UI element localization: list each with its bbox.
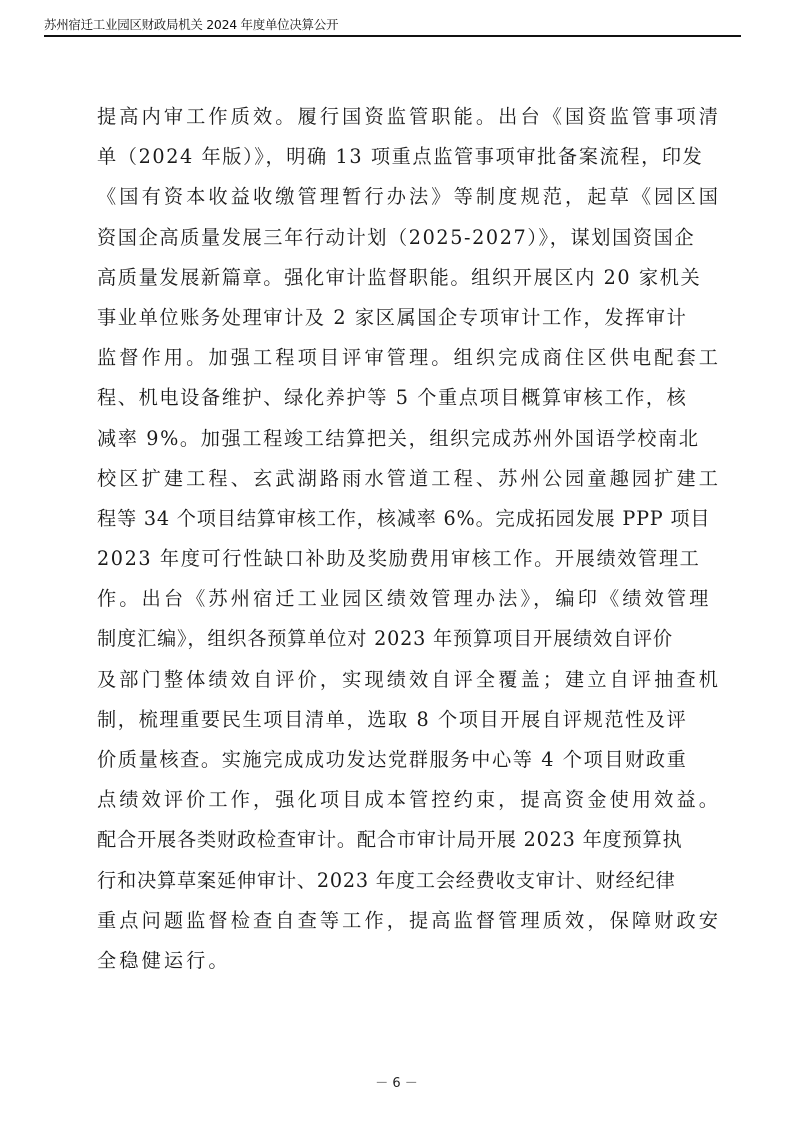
text-line: 《国有资本收益收缴管理暂行办法》等制度规范，起草《园区国 bbox=[97, 177, 717, 217]
text-line: 制度汇编》，组织各预算单位对 2023 年预算项目开展绩效自评价 bbox=[97, 619, 717, 659]
page-number: － 6 － bbox=[0, 1072, 793, 1091]
text-line: 价质量核查。实施完成成功发达党群服务中心等 4 个项目财政重 bbox=[97, 740, 717, 780]
text-line: 减率 9%。加强工程竣工结算把关，组织完成苏州外国语学校南北 bbox=[97, 419, 717, 459]
text-line: 全稳健运行。 bbox=[97, 941, 717, 981]
text-line: 事业单位账务处理审计及 2 家区属国企专项审计工作，发挥审计 bbox=[97, 298, 717, 338]
text-line: 程等 34 个项目结算审核工作，核减率 6%。完成拓园发展 PPP 项目 bbox=[97, 499, 717, 539]
text-line: 配合开展各类财政检查审计。配合市审计局开展 2023 年度预算执 bbox=[97, 820, 717, 860]
text-line: 点绩效评价工作，强化项目成本管控约束，提高资金使用效益。 bbox=[97, 780, 717, 820]
text-line: 2023 年度可行性缺口补助及奖励费用审核工作。开展绩效管理工 bbox=[97, 539, 717, 579]
text-line: 单（2024 年版）》，明确 13 项重点监管事项审批备案流程，印发 bbox=[97, 137, 717, 177]
body-paragraph: 提高内审工作质效。履行国资监管职能。出台《国资监管事项清 单（2024 年版）》… bbox=[97, 97, 717, 981]
text-line: 重点问题监督检查自查等工作，提高监督管理质效，保障财政安 bbox=[97, 901, 717, 941]
text-line: 监督作用。加强工程项目评审管理。组织完成商住区供电配套工 bbox=[97, 338, 717, 378]
text-line: 提高内审工作质效。履行国资监管职能。出台《国资监管事项清 bbox=[97, 97, 717, 137]
text-line: 程、机电设备维护、绿化养护等 5 个重点项目概算审核工作，核 bbox=[97, 378, 717, 418]
text-line: 校区扩建工程、玄武湖路雨水管道工程、苏州公园童趣园扩建工 bbox=[97, 459, 717, 499]
text-line: 及部门整体绩效自评价，实现绩效自评全覆盖；建立自评抽查机 bbox=[97, 660, 717, 700]
text-line: 作。出台《苏州宿迁工业园区绩效管理办法》，编印《绩效管理 bbox=[97, 579, 717, 619]
text-line: 行和决算草案延伸审计、2023 年度工会经费收支审计、财经纪律 bbox=[97, 861, 717, 901]
running-header: 苏州宿迁工业园区财政局机关 2024 年度单位决算公开 bbox=[44, 14, 740, 36]
text-line: 资国企高质量发展三年行动计划（2025-2027）》，谋划国资国企 bbox=[97, 218, 717, 258]
text-line: 高质量发展新篇章。强化审计监督职能。组织开展区内 20 家机关 bbox=[97, 258, 717, 298]
header-rule bbox=[44, 35, 741, 37]
text-line: 制，梳理重要民生项目清单，选取 8 个项目开展自评规范性及评 bbox=[97, 700, 717, 740]
